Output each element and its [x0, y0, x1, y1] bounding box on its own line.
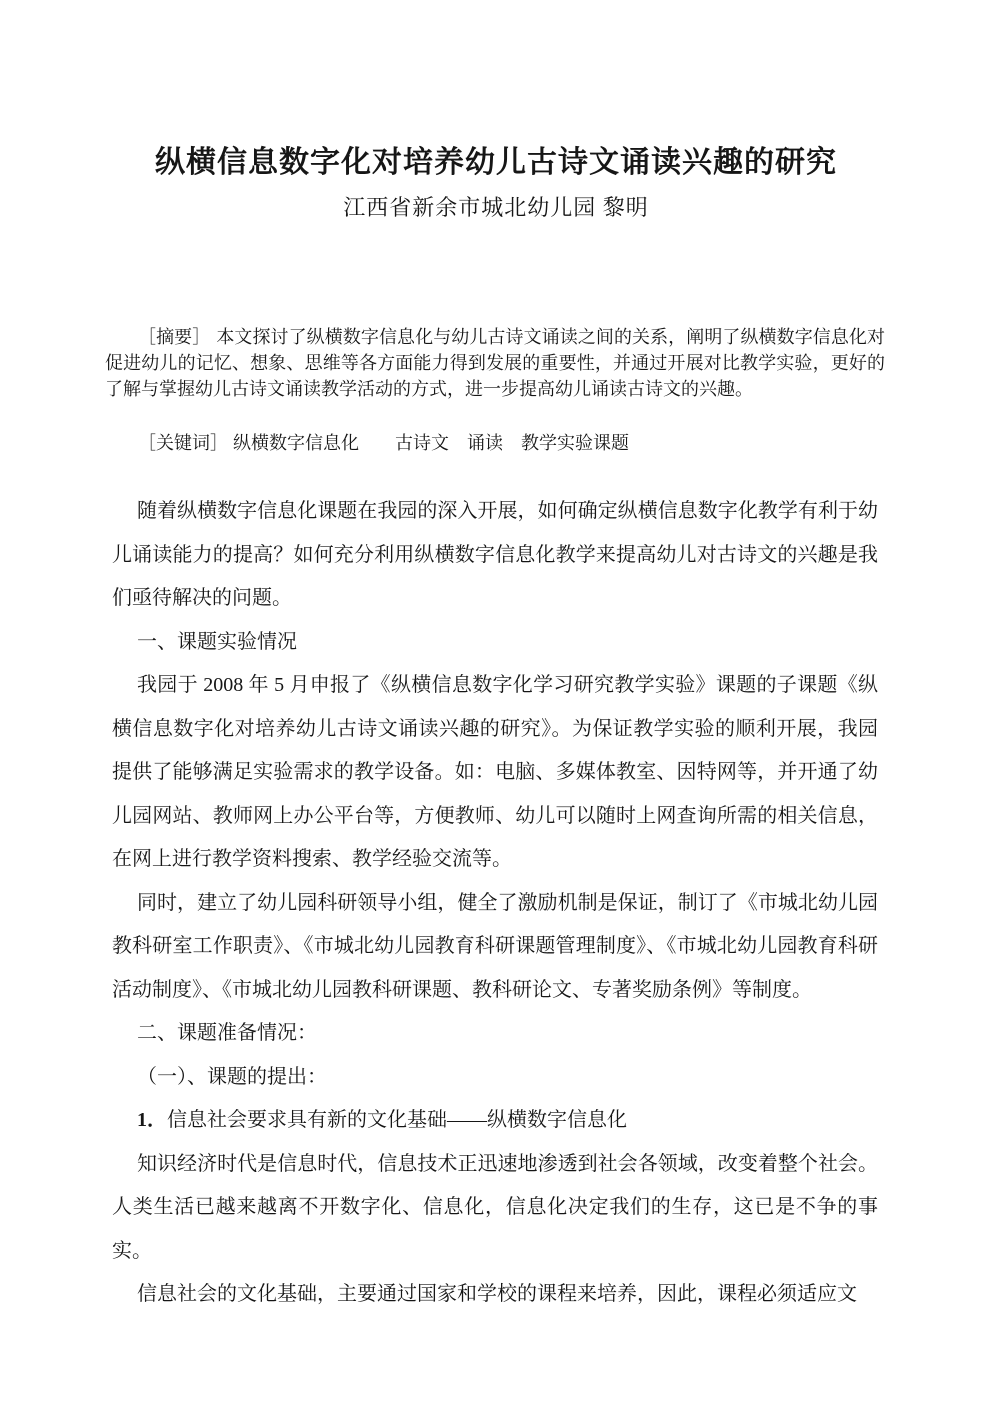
- body-paragraph: 知识经济时代是信息时代，信息技术正迅速地渗透到社会各领域，改变着整个社会。人类生…: [112, 1143, 878, 1274]
- body-paragraph: 我园于 2008 年 5 月申报了《纵横信息数字化学习研究教学实验》课题的子课题…: [112, 664, 878, 882]
- keywords-paragraph: ［关键词］纵横数字信息化古诗文诵读教学实验课题: [105, 430, 885, 456]
- heading-number: 1．: [137, 1109, 167, 1131]
- body-paragraph: 随着纵横数字信息化课题在我园的深入开展，如何确定纵横信息数字化教学有利于幼儿诵读…: [112, 490, 878, 621]
- page-title: 纵横信息数字化对培养幼儿古诗文诵读兴趣的研究: [0, 145, 992, 181]
- abstract-section: ［摘要］本文探讨了纵横数字信息化与幼儿古诗文诵读之间的关系，阐明了纵横数字信息化…: [105, 324, 885, 456]
- subsection-heading: （一）、课题的提出：: [112, 1056, 878, 1100]
- document-page: 纵横信息数字化对培养幼儿古诗文诵读兴趣的研究 江西省新余市城北幼儿园 黎明 ［摘…: [0, 0, 992, 1403]
- abstract-paragraph: ［摘要］本文探讨了纵横数字信息化与幼儿古诗文诵读之间的关系，阐明了纵横数字信息化…: [105, 324, 885, 402]
- section-heading-two: 二、课题准备情况：: [112, 1012, 878, 1056]
- body-paragraph: 信息社会的文化基础，主要通过国家和学校的课程来培养，因此，课程必须适应文: [112, 1273, 878, 1317]
- document-body: 随着纵横数字信息化课题在我园的深入开展，如何确定纵横信息数字化教学有利于幼儿诵读…: [112, 490, 878, 1317]
- section-heading-one: 一、课题实验情况: [112, 621, 878, 665]
- body-paragraph: 同时，建立了幼儿园科研领导小组，健全了激励机制是保证，制订了《市城北幼儿园教科研…: [112, 882, 878, 1013]
- numbered-point-heading: 1．信息社会要求具有新的文化基础——纵横数字信息化: [112, 1099, 878, 1143]
- abstract-label: ［摘要］: [138, 327, 210, 347]
- author-byline: 江西省新余市城北幼儿园 黎明: [0, 192, 992, 224]
- keywords-label: ［关键词］: [138, 433, 228, 453]
- keyword-term: 纵横数字信息化: [233, 433, 359, 453]
- abstract-text: 本文探讨了纵横数字信息化与幼儿古诗文诵读之间的关系，阐明了纵横数字信息化对促进幼…: [105, 327, 885, 399]
- keyword-term: 教学实验课题: [521, 433, 629, 453]
- heading-text: 信息社会要求具有新的文化基础——纵横数字信息化: [167, 1109, 627, 1131]
- keyword-term: 古诗文: [395, 433, 449, 453]
- keyword-term: 诵读: [467, 433, 503, 453]
